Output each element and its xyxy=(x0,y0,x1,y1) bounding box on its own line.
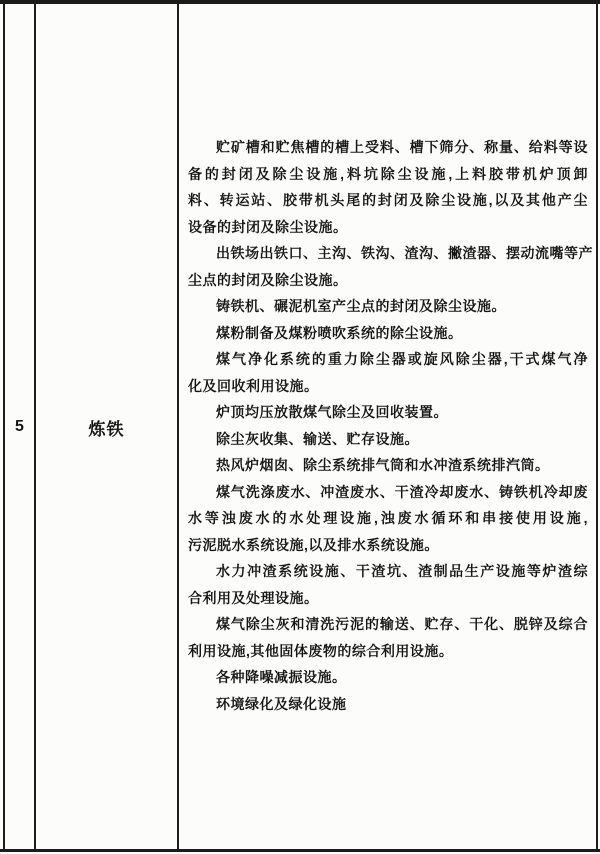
content-line: 热风炉烟囱、除尘系统排气筒和水冲渣系统排汽筒。 xyxy=(188,452,588,479)
row-number: 5 xyxy=(15,418,24,436)
content-line: 煤气洗涤废水、冲渣废水、干渣冷却废水、铸铁机冷却废 xyxy=(188,479,588,506)
content-line: 备的封闭及除尘设施,料坑除尘设施,上料胶带机炉顶卸 xyxy=(188,161,588,188)
row-number-cell: 5 xyxy=(5,0,34,854)
content-line: 贮矿槽和贮焦槽的槽上受料、槽下筛分、称量、给料等设 xyxy=(188,134,588,161)
content-line: 炉顶均压放散煤气除尘及回收装置。 xyxy=(188,399,588,426)
content-line: 出铁场出铁口、主沟、铁沟、渣沟、撇渣器、摆动流嘴等产 xyxy=(188,240,588,267)
content-line: 合利用及处理设施。 xyxy=(188,585,588,612)
content-line: 各种降噪减振设施。 xyxy=(188,664,588,691)
content-line: 料、转运站、胶带机头尾的封闭及除尘设施,以及其他产尘 xyxy=(188,187,588,214)
content-line: 除尘灰收集、输送、贮存设施。 xyxy=(188,426,588,453)
table-bottom-rule xyxy=(0,849,600,852)
content-line: 水力冲渣系统设施、干渣坑、渣制品生产设施等炉渣综 xyxy=(188,558,588,585)
table-right-border xyxy=(596,0,598,852)
content-line: 煤粉制备及煤粉喷吹系统的除尘设施。 xyxy=(188,320,588,347)
content-line: 化及回收利用设施。 xyxy=(188,373,588,400)
content-line: 污泥脱水系统设施,以及排水系统设施。 xyxy=(188,532,588,559)
content-line: 煤气净化系统的重力除尘器或旋风除尘器,干式煤气净 xyxy=(188,346,588,373)
content-line: 铸铁机、碾泥机室产尘点的封闭及除尘设施。 xyxy=(188,293,588,320)
content-line: 尘点的封闭及除尘设施。 xyxy=(188,267,588,294)
category-label: 炼铁 xyxy=(89,415,125,440)
category-cell: 炼铁 xyxy=(36,0,177,854)
content-line: 环境绿化及绿化设施 xyxy=(188,691,588,718)
content-line: 设备的封闭及除尘设施。 xyxy=(188,214,588,241)
content-line: 水等浊废水的水处理设施,浊废水循环和串接使用设施, xyxy=(188,505,588,532)
scanned-document-page: 5 炼铁 贮矿槽和贮焦槽的槽上受料、槽下筛分、称量、给料等设 备的封闭及除尘设施… xyxy=(0,0,600,854)
content-text-block: 贮矿槽和贮焦槽的槽上受料、槽下筛分、称量、给料等设 备的封闭及除尘设施,料坑除尘… xyxy=(188,134,588,717)
content-line: 煤气除尘灰和清洗污泥的输送、贮存、干化、脱锌及综合 xyxy=(188,611,588,638)
content-cell: 贮矿槽和贮焦槽的槽上受料、槽下筛分、称量、给料等设 备的封闭及除尘设施,料坑除尘… xyxy=(179,0,596,854)
content-line: 利用设施,其他固体废物的综合利用设施。 xyxy=(188,638,588,665)
